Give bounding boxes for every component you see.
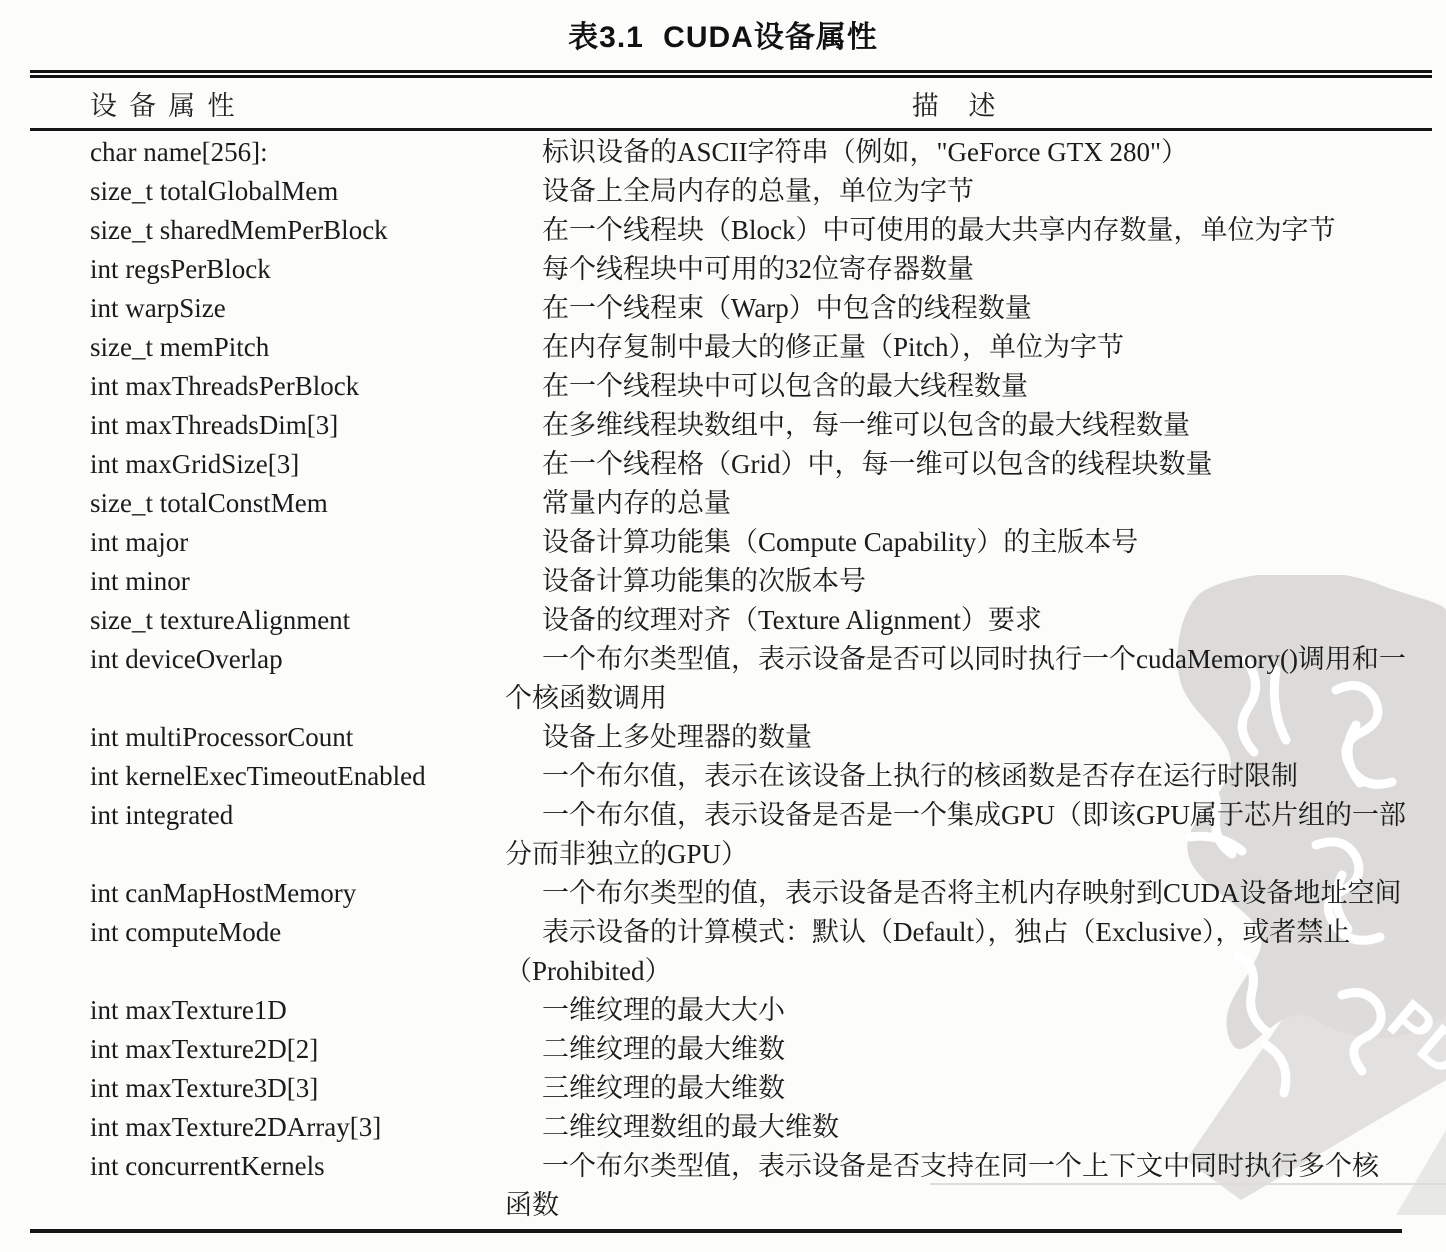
property-name: size_t totalConstMem (90, 484, 505, 523)
table-row: size_t memPitch 在内存复制中最大的修正量（Pitch），单位为字… (30, 328, 1432, 367)
property-name: int maxTexture3D[3] (90, 1069, 505, 1108)
property-description: 设备计算功能集的次版本号 (505, 562, 1432, 601)
property-name: int major (90, 523, 505, 562)
property-description: 表示设备的计算模式：默认（Default），独占（Exclusive），或者禁止… (505, 913, 1432, 991)
scanned-book-page: PD 表3.1 CUDA设备属性 设备属性 描述 char name[256]:… (0, 0, 1446, 1252)
property-name: int maxThreadsDim[3] (90, 406, 505, 445)
property-name: size_t sharedMemPerBlock (90, 211, 505, 250)
property-name: int canMapHostMemory (90, 874, 505, 913)
table-row: size_t textureAlignment 设备的纹理对齐（Texture … (30, 601, 1432, 640)
table-title: 表3.1 CUDA设备属性 (0, 0, 1446, 58)
bottom-rule (30, 1229, 1402, 1233)
table-row: int kernelExecTimeoutEnabled 一个布尔值，表示在该设… (30, 757, 1432, 796)
property-description: 在一个线程块（Block）中可使用的最大共享内存数量，单位为字节 (505, 211, 1432, 250)
property-name: int computeMode (90, 913, 505, 991)
table-row: int integrated 一个布尔值，表示设备是否是一个集成GPU（即该GP… (30, 796, 1432, 874)
table-row: int computeMode 表示设备的计算模式：默认（Default），独占… (30, 913, 1432, 991)
property-description: 一个布尔类型的值，表示设备是否将主机内存映射到CUDA设备地址空间 (505, 874, 1432, 913)
property-name: int maxGridSize[3] (90, 445, 505, 484)
property-name: int maxTexture1D (90, 991, 505, 1030)
column-header-description: 描述 (505, 84, 1432, 123)
property-name: int regsPerBlock (90, 250, 505, 289)
property-description: 在多维线程块数组中，每一维可以包含的最大线程数量 (505, 406, 1432, 445)
property-name: size_t memPitch (90, 328, 505, 367)
table-row: int maxTexture1D 一维纹理的最大大小 (30, 991, 1432, 1030)
property-description: 标识设备的ASCII字符串（例如，"GeForce GTX 280"） (505, 133, 1432, 172)
table-row: char name[256]: 标识设备的ASCII字符串（例如，"GeForc… (30, 133, 1432, 172)
property-description: 在一个线程格（Grid）中，每一维可以包含的线程块数量 (505, 445, 1432, 484)
table-row: int maxTexture2D[2] 二维纹理的最大维数 (30, 1030, 1432, 1069)
table-row: size_t totalGlobalMem 设备上全局内存的总量，单位为字节 (30, 172, 1432, 211)
property-description: 一维纹理的最大大小 (505, 991, 1432, 1030)
property-name: int integrated (90, 796, 505, 874)
table-row: int maxTexture3D[3] 三维纹理的最大维数 (30, 1069, 1432, 1108)
property-description: 在一个线程块中可以包含的最大线程数量 (505, 367, 1432, 406)
property-description: 设备上多处理器的数量 (505, 718, 1432, 757)
property-name: int maxTexture2D[2] (90, 1030, 505, 1069)
table-row: int maxThreadsDim[3] 在多维线程块数组中，每一维可以包含的最… (30, 406, 1432, 445)
table-row: int maxThreadsPerBlock 在一个线程块中可以包含的最大线程数… (30, 367, 1432, 406)
table-header-row: 设备属性 描述 (30, 78, 1432, 128)
table-row: int warpSize 在一个线程束（Warp）中包含的线程数量 (30, 289, 1432, 328)
property-name: int minor (90, 562, 505, 601)
property-name: size_t totalGlobalMem (90, 172, 505, 211)
property-description: 三维纹理的最大维数 (505, 1069, 1432, 1108)
property-description: 二维纹理数组的最大维数 (505, 1108, 1432, 1147)
top-double-rule (30, 70, 1432, 78)
property-description: 设备计算功能集（Compute Capability）的主版本号 (505, 523, 1432, 562)
property-description: 在一个线程束（Warp）中包含的线程数量 (505, 289, 1432, 328)
table-row: int regsPerBlock 每个线程块中可用的32位寄存器数量 (30, 250, 1432, 289)
property-description: 每个线程块中可用的32位寄存器数量 (505, 250, 1432, 289)
property-name: int maxTexture2DArray[3] (90, 1108, 505, 1147)
table-body: char name[256]: 标识设备的ASCII字符串（例如，"GeForc… (30, 131, 1432, 1225)
table-row: int major 设备计算功能集（Compute Capability）的主版… (30, 523, 1432, 562)
property-description: 二维纹理的最大维数 (505, 1030, 1432, 1069)
table-row: int minor 设备计算功能集的次版本号 (30, 562, 1432, 601)
table-row: size_t totalConstMem 常量内存的总量 (30, 484, 1432, 523)
property-description: 常量内存的总量 (505, 484, 1432, 523)
property-name: int maxThreadsPerBlock (90, 367, 505, 406)
property-name: int kernelExecTimeoutEnabled (90, 757, 505, 796)
property-name: int warpSize (90, 289, 505, 328)
property-description: 在内存复制中最大的修正量（Pitch），单位为字节 (505, 328, 1432, 367)
cuda-properties-table: 设备属性 描述 char name[256]: 标识设备的ASCII字符串（例如… (30, 70, 1432, 1233)
table-row: int deviceOverlap 一个布尔类型值，表示设备是否可以同时执行一个… (30, 640, 1432, 718)
table-row: int multiProcessorCount 设备上多处理器的数量 (30, 718, 1432, 757)
table-row: int maxTexture2DArray[3] 二维纹理数组的最大维数 (30, 1108, 1432, 1147)
property-name: int concurrentKernels (90, 1147, 505, 1225)
table-row: int maxGridSize[3] 在一个线程格（Grid）中，每一维可以包含… (30, 445, 1432, 484)
column-header-property: 设备属性 (90, 84, 505, 123)
table-row: int canMapHostMemory 一个布尔类型的值，表示设备是否将主机内… (30, 874, 1432, 913)
property-name: size_t textureAlignment (90, 601, 505, 640)
property-description: 一个布尔值，表示设备是否是一个集成GPU（即该GPU属于芯片组的一部 分而非独立… (505, 796, 1432, 874)
table-row: int concurrentKernels 一个布尔类型值，表示设备是否支持在同… (30, 1147, 1432, 1225)
property-name: int multiProcessorCount (90, 718, 505, 757)
property-description: 一个布尔值，表示在该设备上执行的核函数是否存在运行时限制 (505, 757, 1432, 796)
table-row: size_t sharedMemPerBlock 在一个线程块（Block）中可… (30, 211, 1432, 250)
property-name: int deviceOverlap (90, 640, 505, 718)
property-description: 一个布尔类型值，表示设备是否可以同时执行一个cudaMemory()调用和一 个… (505, 640, 1432, 718)
property-name: char name[256]: (90, 133, 505, 172)
property-description: 设备上全局内存的总量，单位为字节 (505, 172, 1432, 211)
property-description: 一个布尔类型值，表示设备是否支持在同一个上下文中同时执行多个核 函数 (505, 1147, 1432, 1225)
property-description: 设备的纹理对齐（Texture Alignment）要求 (505, 601, 1432, 640)
